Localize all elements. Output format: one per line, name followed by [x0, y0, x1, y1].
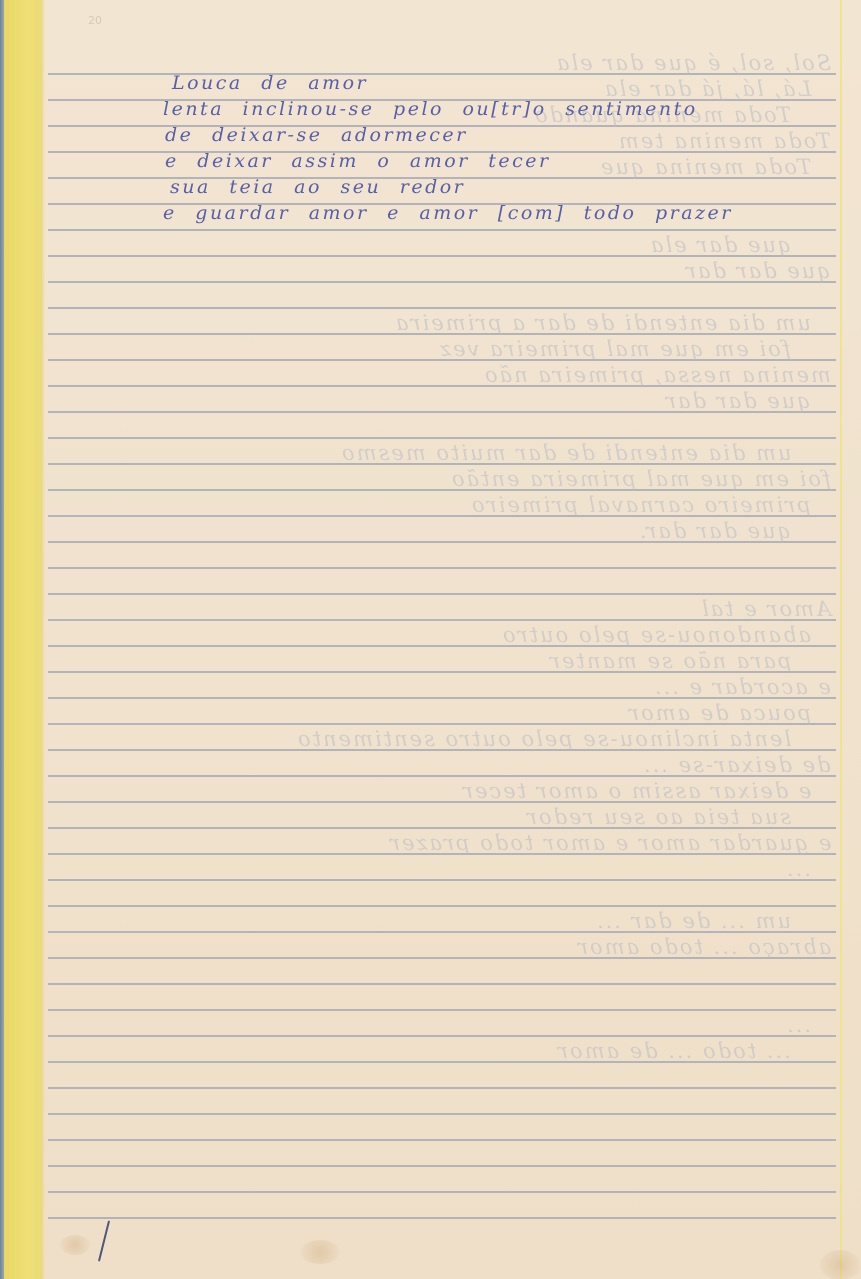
ruled-line	[48, 437, 836, 439]
ruled-line	[48, 645, 836, 647]
ruled-line	[48, 307, 836, 309]
ruled-line	[48, 775, 836, 777]
ruled-line	[48, 541, 836, 543]
ruled-line	[48, 463, 836, 465]
ruled-line	[48, 359, 836, 361]
poem-line: sua teia ao seu redor	[170, 176, 465, 198]
ruled-line	[48, 957, 836, 959]
ruled-line	[48, 73, 836, 75]
ruled-line	[48, 411, 836, 413]
right-margin-line	[840, 0, 842, 1279]
notebook-page: 20 Sol, sol, é que dar elaLá, lá, já dar…	[0, 0, 861, 1279]
paper-stain	[60, 1235, 90, 1255]
ruled-line	[48, 853, 836, 855]
ruled-line	[48, 1191, 836, 1193]
ruled-line	[48, 619, 836, 621]
ruled-line	[48, 1165, 836, 1167]
ruled-line	[48, 801, 836, 803]
left-margin-band	[4, 0, 42, 1279]
ruled-line	[48, 385, 836, 387]
poem-line: e deixar assim o amor tecer	[165, 150, 551, 172]
ruled-line	[48, 879, 836, 881]
paper-stain	[820, 1250, 860, 1279]
poem-line: e guardar amor e amor [com] todo prazer	[163, 202, 733, 224]
ruled-line	[48, 1009, 836, 1011]
ruled-line	[48, 567, 836, 569]
ruled-line	[48, 1087, 836, 1089]
ruled-line	[48, 515, 836, 517]
poem-line: lenta inclinou-se pelo ou[tr]o sentiment…	[163, 98, 698, 120]
ruled-line	[48, 827, 836, 829]
ruled-line	[48, 333, 836, 335]
ruled-line	[48, 1139, 836, 1141]
ruled-line	[48, 749, 836, 751]
ruled-line	[48, 697, 836, 699]
ruled-line	[48, 229, 836, 231]
ruled-line	[48, 931, 836, 933]
ruled-line	[48, 983, 836, 985]
ruled-line	[48, 1035, 836, 1037]
ruled-line	[48, 671, 836, 673]
ruled-line	[48, 281, 836, 283]
ruled-line	[48, 593, 836, 595]
ruled-line	[48, 255, 836, 257]
ruled-line	[48, 1061, 836, 1063]
paper-stain	[300, 1240, 340, 1264]
ruled-line	[48, 1113, 836, 1115]
ruled-line	[48, 1217, 836, 1219]
ruled-line	[48, 905, 836, 907]
poem-line: Louca de amor	[172, 72, 368, 94]
poem-line: de deixar-se adormecer	[165, 124, 468, 146]
ruled-line	[48, 489, 836, 491]
ruled-line	[48, 723, 836, 725]
